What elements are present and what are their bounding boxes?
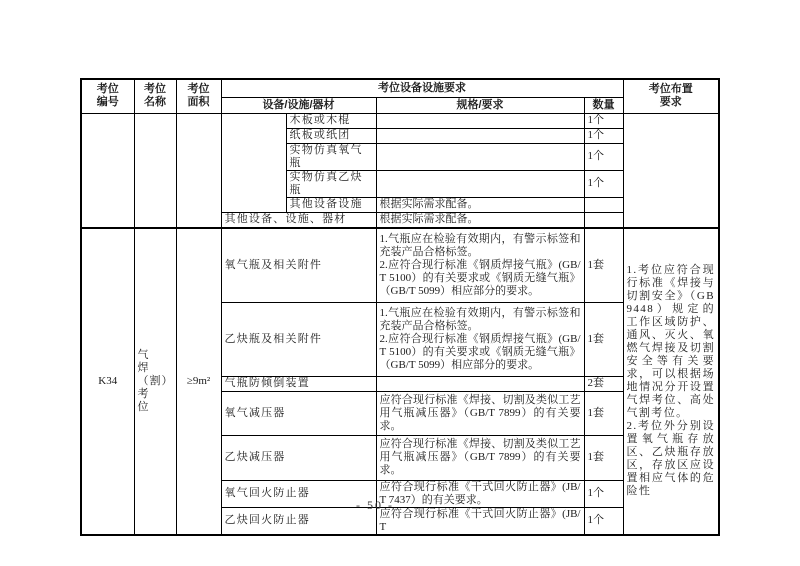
device-name-cell: 实物仿真乙炔瓶 bbox=[286, 170, 376, 197]
spec-cell bbox=[376, 170, 584, 197]
spec-cell: 应符合现行标准《焊接、切割及类似工艺用气瓶减压器》（GB/T 7899）的有关要… bbox=[376, 435, 584, 480]
layout-req-cell: 1.考位应符合现行标准《焊接与切割安全》（GB 9448）规定的工作区域防护、通… bbox=[623, 228, 719, 535]
device-name-cell: 实物仿真氧气瓶 bbox=[286, 143, 376, 170]
qty-cell: 1套 bbox=[584, 228, 623, 302]
spec-cell: 应符合现行标准《焊接、切割及类似工艺用气瓶减压器》（GB/T 7899）的有关要… bbox=[376, 391, 584, 435]
table-row: K34 气 焊 （割）考 位 ≥9m² 氧气瓶及相关附件 1.气瓶应在检验有效期… bbox=[81, 228, 719, 302]
device-name-cell: 乙炔瓶及相关附件 bbox=[221, 302, 376, 376]
header-layout-req: 考位布置 要求 bbox=[623, 79, 719, 113]
seat-no-cell: K34 bbox=[81, 228, 134, 535]
seat-no-cell-empty bbox=[81, 113, 134, 228]
device-name-cell: 氧气瓶及相关附件 bbox=[221, 228, 376, 302]
qty-cell: 1套 bbox=[584, 391, 623, 435]
device-name-cell: 乙炔减压器 bbox=[221, 435, 376, 480]
qty-cell: 1个 bbox=[584, 113, 623, 128]
spec-cell: 1.气瓶应在检验有效期内，有警示标签和充装产品合格标签。 2.应符合现行标准《钢… bbox=[376, 302, 584, 376]
header-qty: 数量 bbox=[584, 97, 623, 113]
header-spec: 规格/要求 bbox=[376, 97, 584, 113]
device-subgroup-cell-empty bbox=[221, 113, 286, 212]
qty-cell: 1套 bbox=[584, 435, 623, 480]
header-seat-area: 考位 面积 bbox=[176, 79, 221, 113]
qty-cell: 1个 bbox=[584, 507, 623, 535]
device-name-cell: 木板或木棍 bbox=[286, 113, 376, 128]
table-row: 木板或木棍 1个 bbox=[81, 113, 719, 128]
qty-cell: 1个 bbox=[584, 480, 623, 507]
spec-cell bbox=[376, 143, 584, 170]
table-header-row-1: 考位 编号 考位 名称 考位 面积 考位设备设施要求 考位布置 要求 bbox=[81, 79, 719, 97]
device-name-cell: 氧气回火防止器 bbox=[221, 480, 376, 507]
device-name-cell: 气瓶防倾倒装置 bbox=[221, 376, 376, 391]
qty-cell: 1个 bbox=[584, 143, 623, 170]
device-name-cell: 乙炔回火防止器 bbox=[221, 507, 376, 535]
qty-cell bbox=[584, 212, 623, 228]
device-name-cell: 氧气减压器 bbox=[221, 391, 376, 435]
device-name-cell: 其他设备设施 bbox=[286, 197, 376, 212]
qty-cell: 1个 bbox=[584, 170, 623, 197]
header-device: 设备/设施/器材 bbox=[221, 97, 376, 113]
spec-cell bbox=[376, 128, 584, 143]
qty-cell bbox=[584, 197, 623, 212]
qty-cell: 2套 bbox=[584, 376, 623, 391]
spec-cell: 应符合现行标准《干式回火防止器》(JB/T bbox=[376, 507, 584, 535]
header-equipment-group: 考位设备设施要求 bbox=[221, 79, 623, 97]
document-page: 考位 编号 考位 名称 考位 面积 考位设备设施要求 考位布置 要求 设备/设施… bbox=[0, 0, 800, 566]
seat-name-cell-empty bbox=[134, 113, 176, 228]
device-name-cell: 其他设备、设施、器材 bbox=[221, 212, 376, 228]
spec-cell bbox=[376, 376, 584, 391]
equipment-requirements-table: 考位 编号 考位 名称 考位 面积 考位设备设施要求 考位布置 要求 设备/设施… bbox=[80, 78, 720, 536]
qty-cell: 1套 bbox=[584, 302, 623, 376]
page-number: - 50 - bbox=[356, 498, 394, 513]
qty-cell: 1个 bbox=[584, 128, 623, 143]
seat-area-cell-empty bbox=[176, 113, 221, 228]
device-name-cell: 纸板或纸团 bbox=[286, 128, 376, 143]
layout-req-cell-empty bbox=[623, 113, 719, 228]
spec-cell: 应符合现行标准《干式回火防止器》(JB/T 7437）的有关要求。 bbox=[376, 480, 584, 507]
header-seat-no: 考位 编号 bbox=[81, 79, 134, 113]
spec-cell: 1.气瓶应在检验有效期内，有警示标签和充装产品合格标签。 2.应符合现行标准《钢… bbox=[376, 228, 584, 302]
seat-area-cell: ≥9m² bbox=[176, 228, 221, 535]
spec-cell bbox=[376, 113, 584, 128]
spec-cell: 根据实际需求配备。 bbox=[376, 197, 584, 212]
seat-name-cell: 气 焊 （割）考 位 bbox=[134, 228, 176, 535]
header-seat-name: 考位 名称 bbox=[134, 79, 176, 113]
spec-cell: 根据实际需求配备。 bbox=[376, 212, 584, 228]
